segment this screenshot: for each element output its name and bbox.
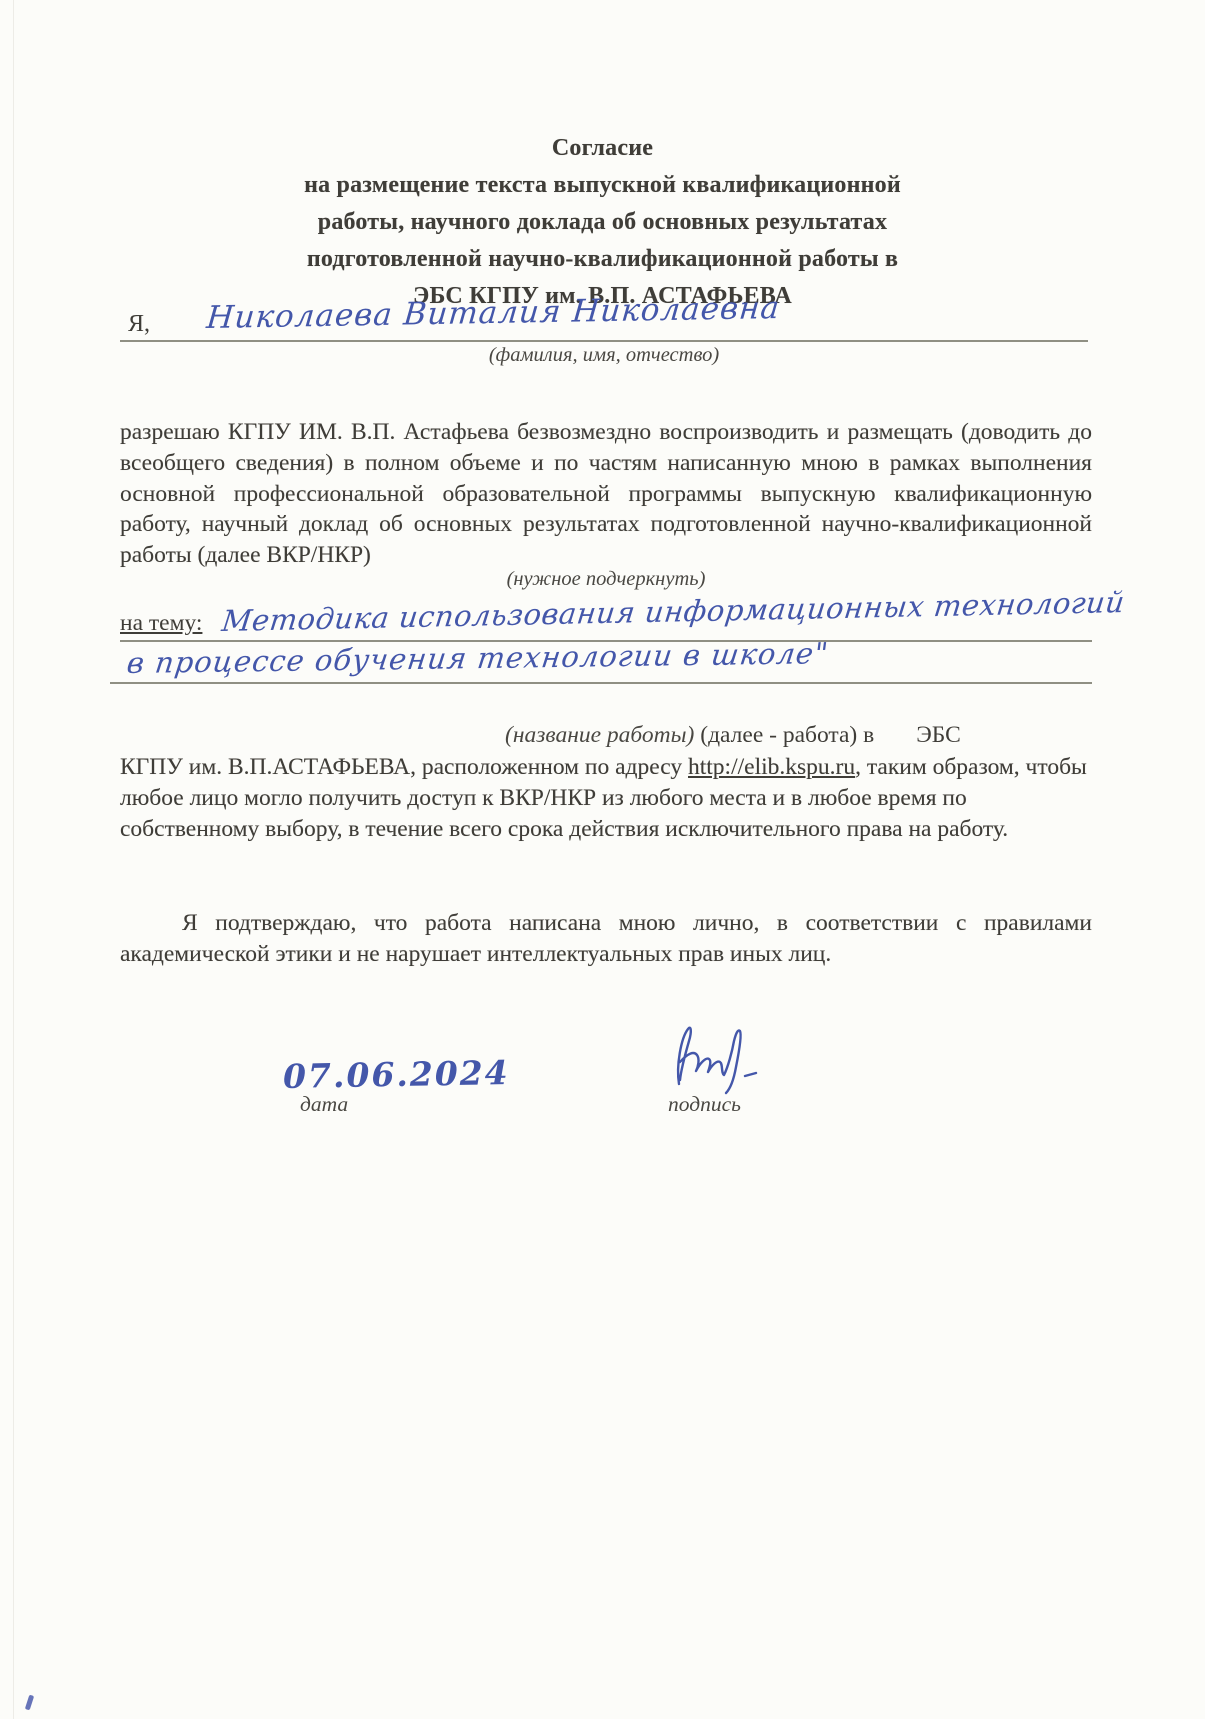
handwritten-name: Николаева Виталия Николаевна [205, 290, 782, 336]
handwritten-topic-line-1: Методика использования информационных те… [220, 585, 1127, 638]
scanned-consent-document: Согласие на размещение текста выпускной … [0, 0, 1205, 1719]
declarant-prefix: Я, [128, 311, 150, 338]
topic-label: на тему: [120, 610, 202, 637]
ebs-label: ЭБС [916, 722, 961, 748]
work-name-caption: (название работы) [505, 722, 694, 748]
permission-paragraph: разрешаю КГПУ ИМ. В.П. Астафьева безвозм… [120, 417, 1092, 571]
fio-caption: (фамилия, имя, отчество) [120, 344, 1088, 367]
date-label: дата [300, 1092, 348, 1117]
title-line: Согласие [0, 130, 1205, 167]
declarant-name-line: Я, Николаева Виталия Николаевна [120, 294, 1088, 342]
handwritten-topic-line-2: в процессе обучения технологии в школе" [125, 636, 831, 680]
handwritten-signature [645, 1022, 775, 1100]
confirmation-paragraph: Я подтверждаю, что работа написана мною … [120, 908, 1092, 970]
placement-paragraph: КГПУ им. В.П.АСТАФЬЕВА, расположенном по… [120, 752, 1092, 844]
signature-label: подпись [668, 1092, 741, 1117]
title-line: на размещение текста выпускной квалифика… [0, 167, 1205, 204]
underline-note: (нужное подчеркнуть) [120, 568, 1092, 591]
document-title: Согласие на размещение текста выпускной … [0, 130, 1205, 315]
title-line: подготовленной научно-квалификационной р… [0, 241, 1205, 278]
work-name-caption-rest: (далее - работа) в [694, 722, 874, 748]
work-name-caption-line: (название работы) (далее - работа) вЭБС [505, 722, 961, 749]
topic-line-1: на тему: Методика использования информац… [120, 598, 1092, 642]
elib-url: http://elib.kspu.ru [688, 754, 855, 780]
placement-before-url: КГПУ им. В.П.АСТАФЬЕВА, расположенном по… [120, 754, 688, 780]
pen-corner-mark [25, 1695, 34, 1711]
title-line: работы, научного доклада об основных рез… [0, 204, 1205, 241]
topic-line-2: в процессе обучения технологии в школе" [110, 640, 1092, 684]
handwritten-date: 07.06.2024 [283, 1053, 510, 1096]
